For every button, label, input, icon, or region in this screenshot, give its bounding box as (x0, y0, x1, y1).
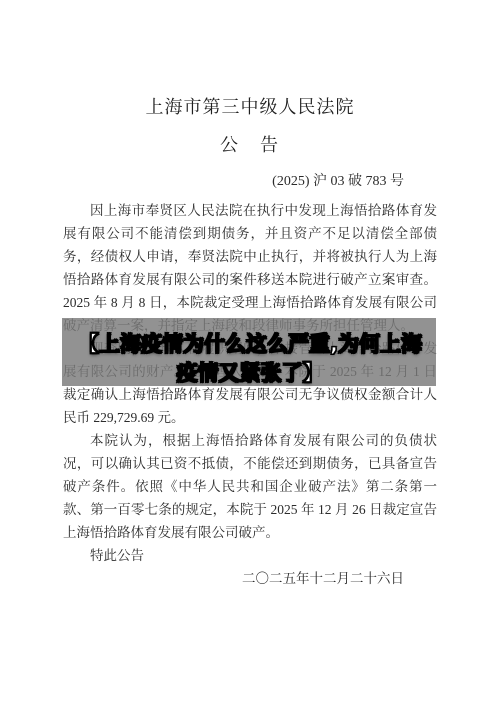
watermark-headline-line-2: 疫情又紧张了】 (30, 359, 470, 388)
closing-statement: 特此公告 (63, 544, 437, 567)
announcement-title: 公 告 (0, 131, 500, 157)
announcement-body: 因上海市奉贤区人民法院在执行中发现上海悟拾路体育发展有限公司不能清偿到期债务，并… (63, 199, 437, 707)
watermark-headline-line-1: 【上海疫情为什么这么严重,为何上海 (30, 330, 470, 359)
watermark-headline: 【上海疫情为什么这么严重,为何上海 疫情又紧张了】 (30, 330, 470, 388)
paragraph-filing: 因上海市奉贤区人民法院在执行中发现上海悟拾路体育发展有限公司不能清偿到期债务，并… (63, 199, 437, 337)
case-number: (2025) 沪 03 破 783 号 (0, 170, 500, 190)
court-name: 上海市第三中级人民法院 (0, 93, 500, 119)
announcement-page: 上海市第三中级人民法院 公 告 (2025) 沪 03 破 783 号 因上海市… (0, 0, 500, 707)
paragraph-ruling: 本院认为，根据上海悟拾路体育发展有限公司的负债状况，可以确认其已资不抵债，不能偿… (63, 429, 437, 544)
announcement-date: 二〇二五年十二月二十六日 (63, 567, 437, 590)
